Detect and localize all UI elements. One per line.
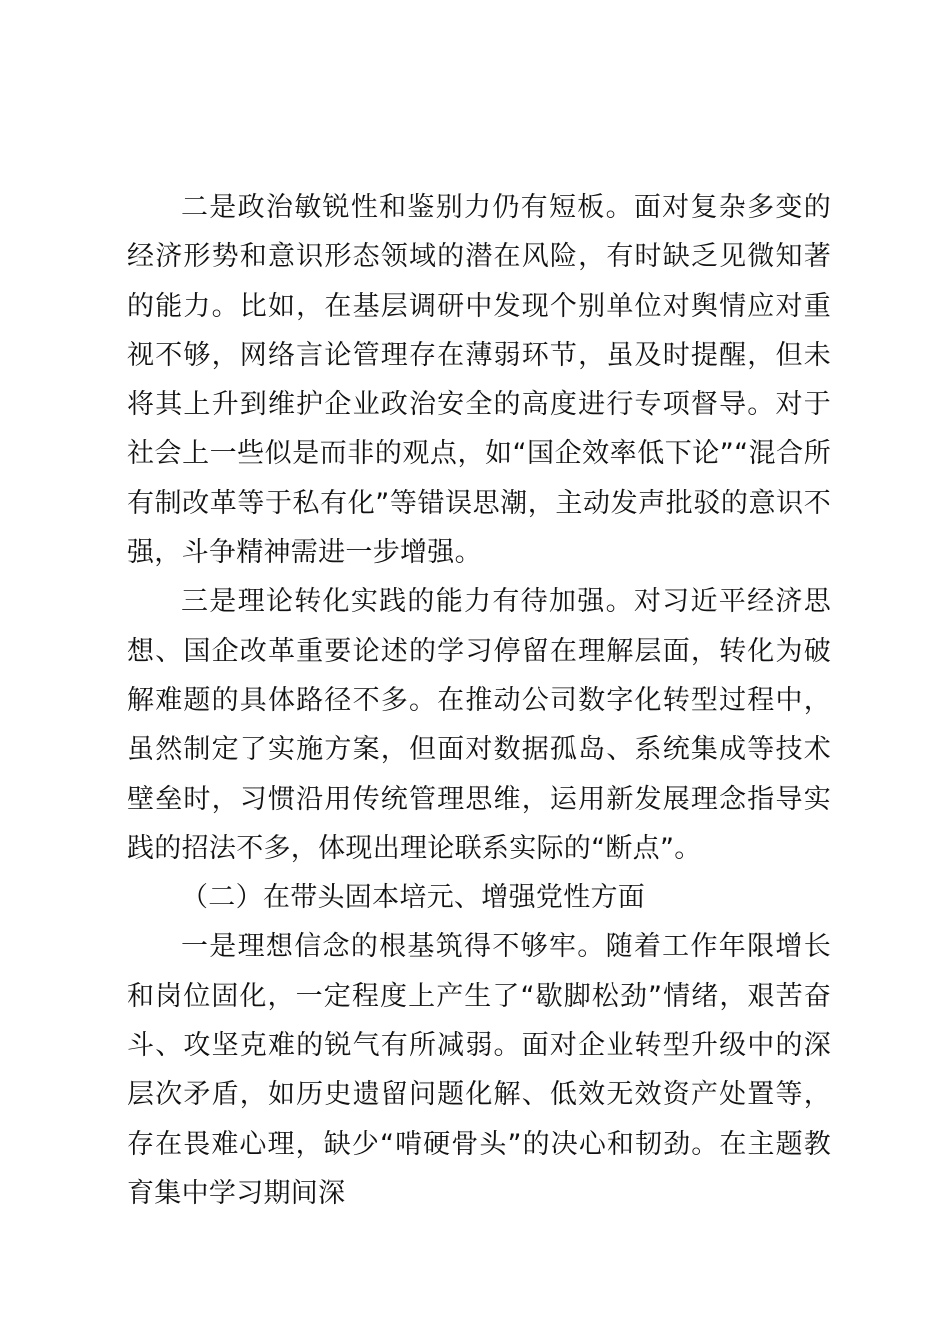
paragraph-theory-to-practice: 三是理论转化实践的能力有待加强。对习近平经济思想、国企改革重要论述的学习停留在理…	[127, 577, 831, 873]
document-page: 二是政治敏锐性和鉴别力仍有短板。面对复杂多变的经济形势和意识形态领域的潜在风险，…	[127, 183, 831, 1218]
paragraph-political-sensitivity: 二是政治敏锐性和鉴别力仍有短板。面对复杂多变的经济形势和意识形态领域的潜在风险，…	[127, 183, 831, 577]
paragraph-ideals-beliefs: 一是理想信念的根基筑得不够牢。随着工作年限增长和岗位固化，一定程度上产生了“歇脚…	[127, 922, 831, 1218]
section-heading-party-spirit: （二）在带头固本培元、增强党性方面	[127, 873, 831, 922]
